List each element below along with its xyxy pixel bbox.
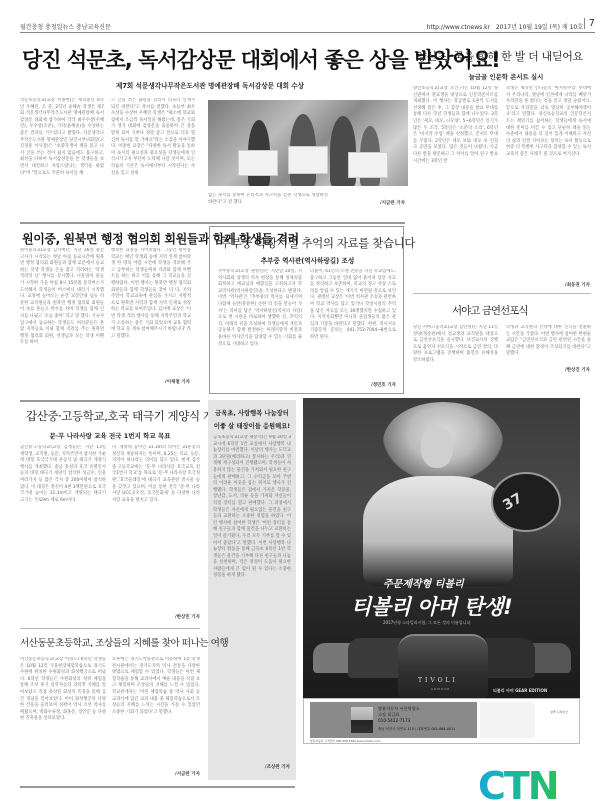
divider [20, 400, 200, 402]
chububu-col2: 더불어, 61년의 오랜 전통을 지닌 학교임에도, 불구하고 그동안 연대 없… [310, 269, 396, 379]
gapsan-headline: 갑산중·고등학교,호국 태극기 게양식 개최 [26, 408, 224, 424]
gapsan-col2: 다. 게양대 높이인 31.3m의 의미는 31운동의 정신의 계승하자는 뜻이… [112, 445, 200, 595]
divider [20, 222, 405, 224]
chububu-subhead: 추부중 역사관(역사하랑길) 조성 [210, 255, 405, 265]
dangjin-subhead: 제7회 석문생각나무작은도서관 명예관장배 독서감상문 대회 수상 [20, 80, 400, 90]
wonijung-byline: /이재철 기자 [130, 379, 190, 385]
ad-small-copy: 2017년형 스타일리시함, 그 모든 것의 이름입니다 [383, 620, 470, 626]
map-bubble: 성연 드라이브 [545, 705, 573, 723]
geumuk-body: 금욱초등학교(교장 채승덕)는 9월 20일 3교시에 6학년 1반 교실에서 … [213, 435, 291, 761]
chububu-headline: 추부중 학창시절 추억의 자료를 찾습니다 [220, 235, 415, 251]
ctn-logo: CTN [478, 764, 558, 807]
seosan-byline: /서금란 기자 [140, 771, 200, 777]
ad-fine-print: 쌍용자동차 고객센터 080-500-5582 www.smotor.com [310, 739, 381, 743]
divider [413, 293, 591, 294]
ad-brand-sub: ARMOUR [431, 687, 450, 691]
yangsin-col1: 양신초등학교(교장 오인구)는 10월 12일 양신관에서 전교생을 대상으로 … [413, 86, 498, 270]
yangsin-subhead: 늘금골 인문학 콘서트 실시 [416, 72, 596, 81]
seosan-headline: 서산동문초등학교, 조상들의 지혜를 찾아 떠나는 여행 [20, 635, 228, 649]
geumuk-byline: /조상완 기자 [228, 764, 290, 770]
ad-tagline: 주문제작형 티볼리 [383, 575, 464, 590]
ad-model-face [421, 426, 453, 468]
tivoli-advertisement[interactable]: 37 주문제작형 티볼리 티볼리 아머 탄생! 2017년형 스타일리시함, 그… [303, 398, 580, 698]
ad-edition: 티볼리 아머 GEAR EDITION [493, 688, 547, 694]
dealer-address: 충남 서산시 성연로 110 / 대표번호 041-664-0011 [378, 726, 455, 731]
dangjin-col1: 석문초등학교(교장 이종헌)는 재학중인 6학년 우혜린, 조 준, 2학년 윤… [20, 98, 104, 216]
dangjin-byline: /지금란 기자 [340, 200, 405, 206]
ad-headline: 티볼리 아머 탄생! [351, 591, 512, 621]
gapsan-col1: 갑산중·고등학교(교장 김재동)는 지난 13일 재학생, 교직원, 동문, 지… [20, 445, 106, 615]
dealer-info-panel[interactable]: 쌍용자동차 서산영업소 소장 최금표 010-5422-7173 충남 서산시 … [303, 698, 580, 744]
dealer-map[interactable] [480, 702, 535, 738]
ad-brand: TIVOLI [418, 677, 458, 684]
certificate [348, 152, 388, 178]
yangsin-headline: 양신초, 꿈을 향해 한 발 더 내딛어요 [416, 48, 583, 64]
page-number: 7 [584, 18, 595, 29]
masthead-url-date: http://www.ctnews.kr 2017년 10월 19일 (목) 제… [427, 22, 583, 31]
yangsin-col2: 학생은 '6학년 언니들의 '마지막수업' 무대에서 우리나라, 옛날에 일본에… [506, 86, 591, 270]
divider [20, 628, 200, 629]
gapsan-byline: /한상민 기자 [140, 614, 200, 620]
geumuk-headline-line2: 이좋 살 태장이들 응원해요! [208, 421, 296, 430]
seoyago-col2: 학생과 교직원의 건강에 대한 인식을 전환하는 시간을 가졌다. 이번 행사에… [506, 325, 591, 367]
seoyago-byline: /한상진 기자 [520, 367, 590, 373]
masthead: 월간충청 충청일뉴스 충남교육신문 http://www.ctnews.kr 2… [20, 19, 595, 33]
dangjin-caption: 없는 독서를 통하여 논리적과 사고력을 갖춘 학생으로 성장하길 바란다"고 … [208, 193, 328, 207]
seosan-col2: 오후에는 경기도박물관으로 이동하여 1층 학생전시관에서는 경기도지역 역사 … [112, 657, 200, 765]
geumuk-headline-line1: 금욱초, 사랑행복 나눔장터 [208, 408, 296, 417]
dealer-portrait [351, 707, 373, 733]
masthead-date: 2017년 10월 19일 (목) 제 10호 [496, 24, 583, 31]
gapsan-subhead: 문·무 나라사랑 교육 전국 1번지 학교 목표 [20, 431, 200, 440]
seoyago-col1: 당진 서야고등학교(교장 김연성)는 지난 11일 강당(정송관)에서 전교생과… [413, 325, 498, 375]
dangjin-award-photo [208, 100, 408, 186]
chububu-article-box: 추부중 학창시절 추억의 자료를 찾습니다 추부중 역사관(역사하랑길) 조성 … [209, 226, 404, 394]
certificate [238, 150, 278, 176]
page-bottom-rule [20, 786, 295, 788]
ad-model-jersey [363, 476, 513, 586]
yangsin-byline: /최동권 기자 [520, 282, 590, 288]
chububu-col1: 추부중학교(교장 권병선)는 지난달 20일, 지역사회와 상생의 역사 현장을… [218, 269, 302, 387]
seoyago-headline: 서야고 금연선포식 [452, 303, 527, 318]
dangjin-col2: 고 글을 쓰는 습관을 길러서 더욱더 인재가 되길 바란다"고 축사를 전했다… [111, 98, 195, 216]
certificate [288, 146, 328, 174]
dealer-phone[interactable]: 010-5422-7173 [378, 718, 410, 723]
seosan-col1: 서산동문초등학교(교장 이성도) 6학년 학생들은 10월 12일 가을현장체험… [20, 657, 106, 775]
masthead-publication-names: 월간충청 충청일뉴스 충남교육신문 [20, 22, 111, 31]
geumuk-article-box: 금욱초, 사랑행복 나눔장터 이좋 살 태장이들 응원해요! 금욱초등학교(교장… [208, 400, 296, 780]
masthead-url[interactable]: http://www.ctnews.kr [427, 24, 491, 31]
wonijung-col2: 행복한 표정을 지어보였다. 그동안 원이중학교는 매년 학생회 등에 지역 연… [111, 248, 191, 374]
wonijung-col1: 원이중학교(교장 김시배)는 지난 26일 중간고사가 시작되는 첫날 아침 등… [20, 248, 104, 382]
chububu-byline: /정민호 기자 [330, 382, 396, 388]
